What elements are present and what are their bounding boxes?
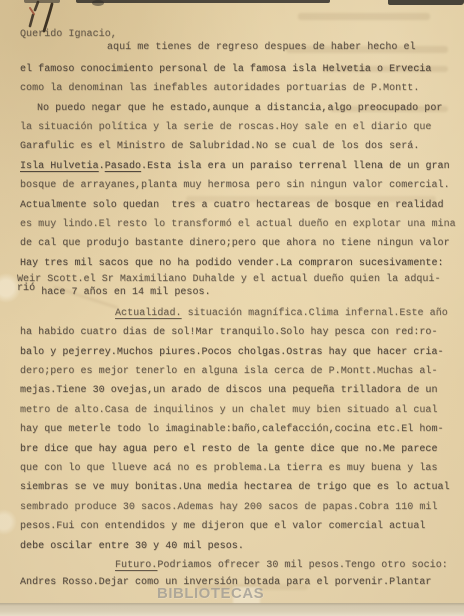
letter-line: rió hace 7 años en 14 mil pesos. xyxy=(17,283,456,302)
text-segment: No puedo negar que he estado,aunque a di… xyxy=(37,103,442,114)
letter-line: dero;pero es mejor tenerlo en alguna isl… xyxy=(20,362,456,381)
letter-line: pesos.Fui con entendidos y me dijeron qu… xyxy=(20,517,456,536)
letter-line: como la denominan las inefables autorida… xyxy=(20,79,456,98)
letter-line: sembrado produce 30 sacos.Ademas hay 200… xyxy=(20,498,456,517)
text-segment: bre dice que hay agua pero el resto de l… xyxy=(20,444,438,455)
underlined-heading-text: Actualidad. xyxy=(115,308,182,319)
text-segment: rió xyxy=(17,283,35,294)
letter-line: el famoso conocimiento personal de la fa… xyxy=(20,60,456,79)
text-segment: ha habido cuatro dias de sol!Mar tranqui… xyxy=(20,327,438,338)
text-segment: Garafulic es el Ministro de Salubridad.N… xyxy=(20,141,419,152)
text-segment: metro de alto.Casa de inquilinos y un ch… xyxy=(20,405,438,416)
scan-edge-top-center xyxy=(76,0,330,3)
bleedthrough-smudge xyxy=(298,13,430,20)
scanned-letter-page: Querido Ignacio,aquí me tienes de regres… xyxy=(0,0,464,616)
letter-line: de cal que produjo bastante dinero;pero … xyxy=(20,234,456,253)
scan-edge-top-right xyxy=(388,0,464,5)
text-segment: Hay tres mil sacos que no ha podido vend… xyxy=(20,258,444,269)
text-segment: situación magnífica.Clima infernal.Este … xyxy=(182,308,448,319)
text-segment: hace 7 años en 14 mil pesos. xyxy=(35,287,210,298)
text-segment: siembras se ve muy bonitas.Una media hec… xyxy=(20,482,450,493)
letter-line: aquí me tienes de regreso despues de hab… xyxy=(20,38,456,57)
letter-line: balo y pejerrey.Muchos piures.Pocos chol… xyxy=(20,343,456,362)
letter-body: Querido Ignacio,aquí me tienes de regres… xyxy=(20,25,456,593)
text-segment: aquí me tienes de regreso despues de hab… xyxy=(107,42,416,53)
letter-line: Garafulic es el Ministro de Salubridad.N… xyxy=(20,137,456,156)
letter-line: debe oscilar entre 30 y 40 mil pesos. xyxy=(20,537,456,556)
letter-line: Actualmente solo quedan tres a cuatro he… xyxy=(20,196,456,215)
text-segment: hay que meterle todo lo imaginable:baño,… xyxy=(20,424,444,435)
underlined-heading-text: Pasado xyxy=(105,161,141,172)
text-segment: balo y pejerrey.Muchos piures.Pocos chol… xyxy=(20,347,444,358)
letter-line: No puedo negar que he estado,aunque a di… xyxy=(20,99,456,118)
text-segment: debe oscilar entre 30 y 40 mil pesos. xyxy=(20,541,244,552)
letter-line: ha habido cuatro dias de sol!Mar tranqui… xyxy=(20,323,456,342)
text-segment: que con lo que llueve acá no es problema… xyxy=(20,463,438,474)
underlined-heading-text: Futuro. xyxy=(115,560,157,571)
text-segment: el famoso conocimiento personal de la fa… xyxy=(20,64,431,75)
library-watermark: BIBLIOTECAS xyxy=(157,585,264,602)
text-segment: dero;pero es mejor tenerlo en alguna isl… xyxy=(20,366,438,377)
letter-line: siembras se ve muy bonitas.Una media hec… xyxy=(20,478,456,497)
text-segment: sembrado produce 30 sacos.Ademas hay 200… xyxy=(20,502,438,513)
letter-line: bosque de arrayanes,planta muy hermosa p… xyxy=(20,176,456,195)
text-segment: bosque de arrayanes,planta muy hermosa p… xyxy=(20,180,450,191)
text-segment: la situación política y la serie de rosc… xyxy=(20,122,431,133)
letter-line: Isla Hulvetia.Pasado.Esta isla era un pa… xyxy=(20,157,456,176)
underlined-heading-text: Isla Hulvetia xyxy=(20,161,99,172)
letter-line: Actualidad. situación magnífica.Clima in… xyxy=(20,304,456,323)
scan-edge-bottom xyxy=(0,603,464,616)
scan-edge-speck xyxy=(92,0,104,6)
text-segment: de cal que produjo bastante dinero;pero … xyxy=(20,238,450,249)
text-segment: Podriamos ofrecer 30 mil pesos.Tengo otr… xyxy=(157,560,447,571)
letter-line: la situación política y la serie de rosc… xyxy=(20,118,456,137)
text-segment: mejas.Tiene 30 ovejas,un arado de discos… xyxy=(20,385,438,396)
letter-line: metro de alto.Casa de inquilinos y un ch… xyxy=(20,401,456,420)
text-segment: .Esta isla era un paraiso terrenal llena… xyxy=(141,161,450,172)
letter-line: bre dice que hay agua pero el resto de l… xyxy=(20,440,456,459)
letter-line: es muy lindo.El resto lo transformó el a… xyxy=(20,215,456,234)
letter-line: mejas.Tiene 30 ovejas,un arado de discos… xyxy=(20,381,456,400)
text-segment: como la denominan las inefables autorida… xyxy=(20,83,419,94)
letter-line: hay que meterle todo lo imaginable:baño,… xyxy=(20,420,456,439)
letter-line: que con lo que llueve acá no es problema… xyxy=(20,459,456,478)
text-segment: Actualmente solo quedan tres a cuatro he… xyxy=(20,200,444,211)
text-segment: es muy lindo.El resto lo transformó el a… xyxy=(20,219,456,230)
text-segment: pesos.Fui con entendidos y me dijeron qu… xyxy=(20,521,425,532)
